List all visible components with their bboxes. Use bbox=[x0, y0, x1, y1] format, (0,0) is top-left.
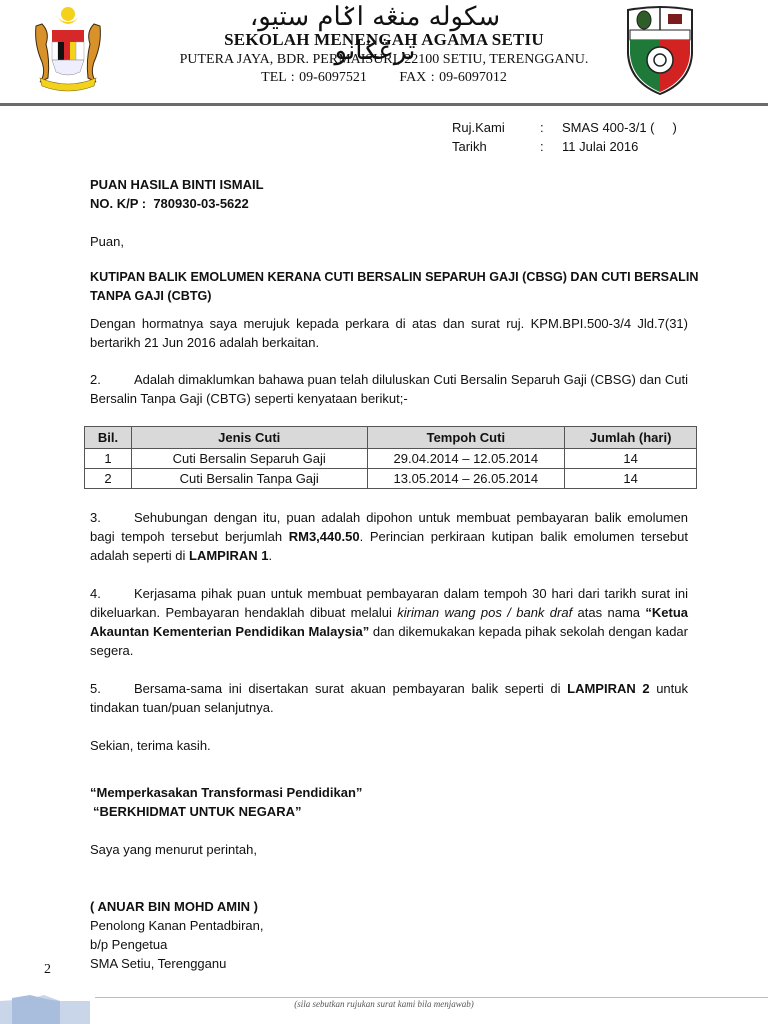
cell-jumlah-hari: 14 bbox=[565, 469, 697, 489]
col-header-tempoh-cuti: Tempoh Cuti bbox=[367, 427, 565, 449]
paragraph-2: 2.Adalah dimaklumkan bahawa puan telah d… bbox=[90, 370, 688, 408]
sign-off: Saya yang menurut perintah, bbox=[90, 840, 257, 859]
paragraph-3-end: . bbox=[268, 548, 272, 563]
subject-line-2: TANPA GAJI (CBTG) bbox=[90, 287, 212, 306]
paragraph-3-number: 3. bbox=[90, 508, 134, 527]
school-tel: TEL : 09-6097521 bbox=[261, 70, 367, 85]
cell-bil: 2 bbox=[85, 469, 132, 489]
paragraph-5-number: 5. bbox=[90, 679, 134, 698]
footer-note: (sila sebutkan rujukan surat kami bila m… bbox=[0, 999, 768, 1009]
signatory-on-behalf: b/p Pengetua bbox=[90, 935, 167, 954]
ref-label: Ruj.Kami bbox=[452, 118, 540, 137]
letterhead-divider bbox=[0, 103, 768, 106]
paragraph-2-text: Adalah dimaklumkan bahawa puan telah dil… bbox=[90, 372, 688, 406]
school-name-jawi: سكوله منڠه اݢام ستيو، ترڠݢانو bbox=[210, 0, 540, 34]
paragraph-5: 5.Bersama-sama ini disertakan surat akua… bbox=[90, 679, 688, 717]
table-header-row: Bil. Jenis Cuti Tempoh Cuti Jumlah (hari… bbox=[85, 427, 697, 449]
page-number: 2 bbox=[44, 962, 51, 978]
cell-jumlah-hari: 14 bbox=[565, 449, 697, 469]
date-separator: : bbox=[540, 137, 562, 156]
cell-jenis-cuti: Cuti Bersalin Separuh Gaji bbox=[131, 449, 367, 469]
motto-1: “Memperkasakan Transformasi Pendidikan” bbox=[90, 783, 362, 802]
col-header-jumlah-hari: Jumlah (hari) bbox=[565, 427, 697, 449]
date-value: 11 Julai 2016 bbox=[562, 137, 638, 156]
cell-jenis-cuti: Cuti Bersalin Tanpa Gaji bbox=[131, 469, 367, 489]
ref-value: SMAS 400-3/1 ( ) bbox=[562, 118, 677, 137]
cell-tempoh-cuti: 13.05.2014 – 26.05.2014 bbox=[367, 469, 565, 489]
signatory-title: Penolong Kanan Pentadbiran, bbox=[90, 916, 263, 935]
col-header-jenis-cuti: Jenis Cuti bbox=[131, 427, 367, 449]
cell-tempoh-cuti: 29.04.2014 – 12.05.2014 bbox=[367, 449, 565, 469]
recipient-ic: NO. K/P : 780930-03-5622 bbox=[90, 194, 249, 213]
paragraph-5-text: Bersama-sama ini disertakan surat akuan … bbox=[134, 681, 567, 696]
col-header-bil: Bil. bbox=[85, 427, 132, 449]
lampiran-1-ref: LAMPIRAN 1 bbox=[189, 548, 268, 563]
cell-bil: 1 bbox=[85, 449, 132, 469]
lampiran-2-ref: LAMPIRAN 2 bbox=[567, 681, 649, 696]
salutation: Puan, bbox=[90, 232, 124, 251]
paragraph-4: 4.Kerjasama pihak puan untuk membuat pem… bbox=[90, 584, 688, 660]
motto-2: “BERKHIDMAT UNTUK NEGARA” bbox=[93, 802, 301, 821]
payment-method: kiriman wang pos / bank draf bbox=[397, 605, 572, 620]
closing: Sekian, terima kasih. bbox=[90, 736, 211, 755]
footer-divider bbox=[95, 997, 768, 998]
date-label: Tarikh bbox=[452, 137, 540, 156]
subject-line-1: KUTIPAN BALIK EMOLUMEN KERANA CUTI BERSA… bbox=[90, 268, 698, 287]
paragraph-3: 3.Sehubungan dengan itu, puan adalah dip… bbox=[90, 508, 688, 565]
reference-block: Ruj.Kami : SMAS 400-3/1 ( ) Tarikh : 11 … bbox=[452, 118, 677, 156]
paragraph-4-number: 4. bbox=[90, 584, 134, 603]
table-row: 1 Cuti Bersalin Separuh Gaji 29.04.2014 … bbox=[85, 449, 697, 469]
recipient-name: PUAN HASILA BINTI ISMAIL bbox=[90, 175, 264, 194]
leave-table: Bil. Jenis Cuti Tempoh Cuti Jumlah (hari… bbox=[84, 426, 697, 489]
table-row: 2 Cuti Bersalin Tanpa Gaji 13.05.2014 – … bbox=[85, 469, 697, 489]
paragraph-2-number: 2. bbox=[90, 370, 134, 389]
school-fax: FAX : 09-6097012 bbox=[399, 70, 507, 85]
repayment-amount: RM3,440.50 bbox=[289, 529, 360, 544]
signatory-name: ( ANUAR BIN MOHD AMIN ) bbox=[90, 897, 258, 916]
signatory-organisation: SMA Setiu, Terengganu bbox=[90, 954, 226, 973]
school-shield-crest-icon bbox=[622, 4, 698, 96]
paragraph-4-text-cont: atas nama bbox=[572, 605, 645, 620]
paragraph-1: Dengan hormatnya saya merujuk kepada per… bbox=[90, 314, 688, 352]
ref-separator: : bbox=[540, 118, 562, 137]
